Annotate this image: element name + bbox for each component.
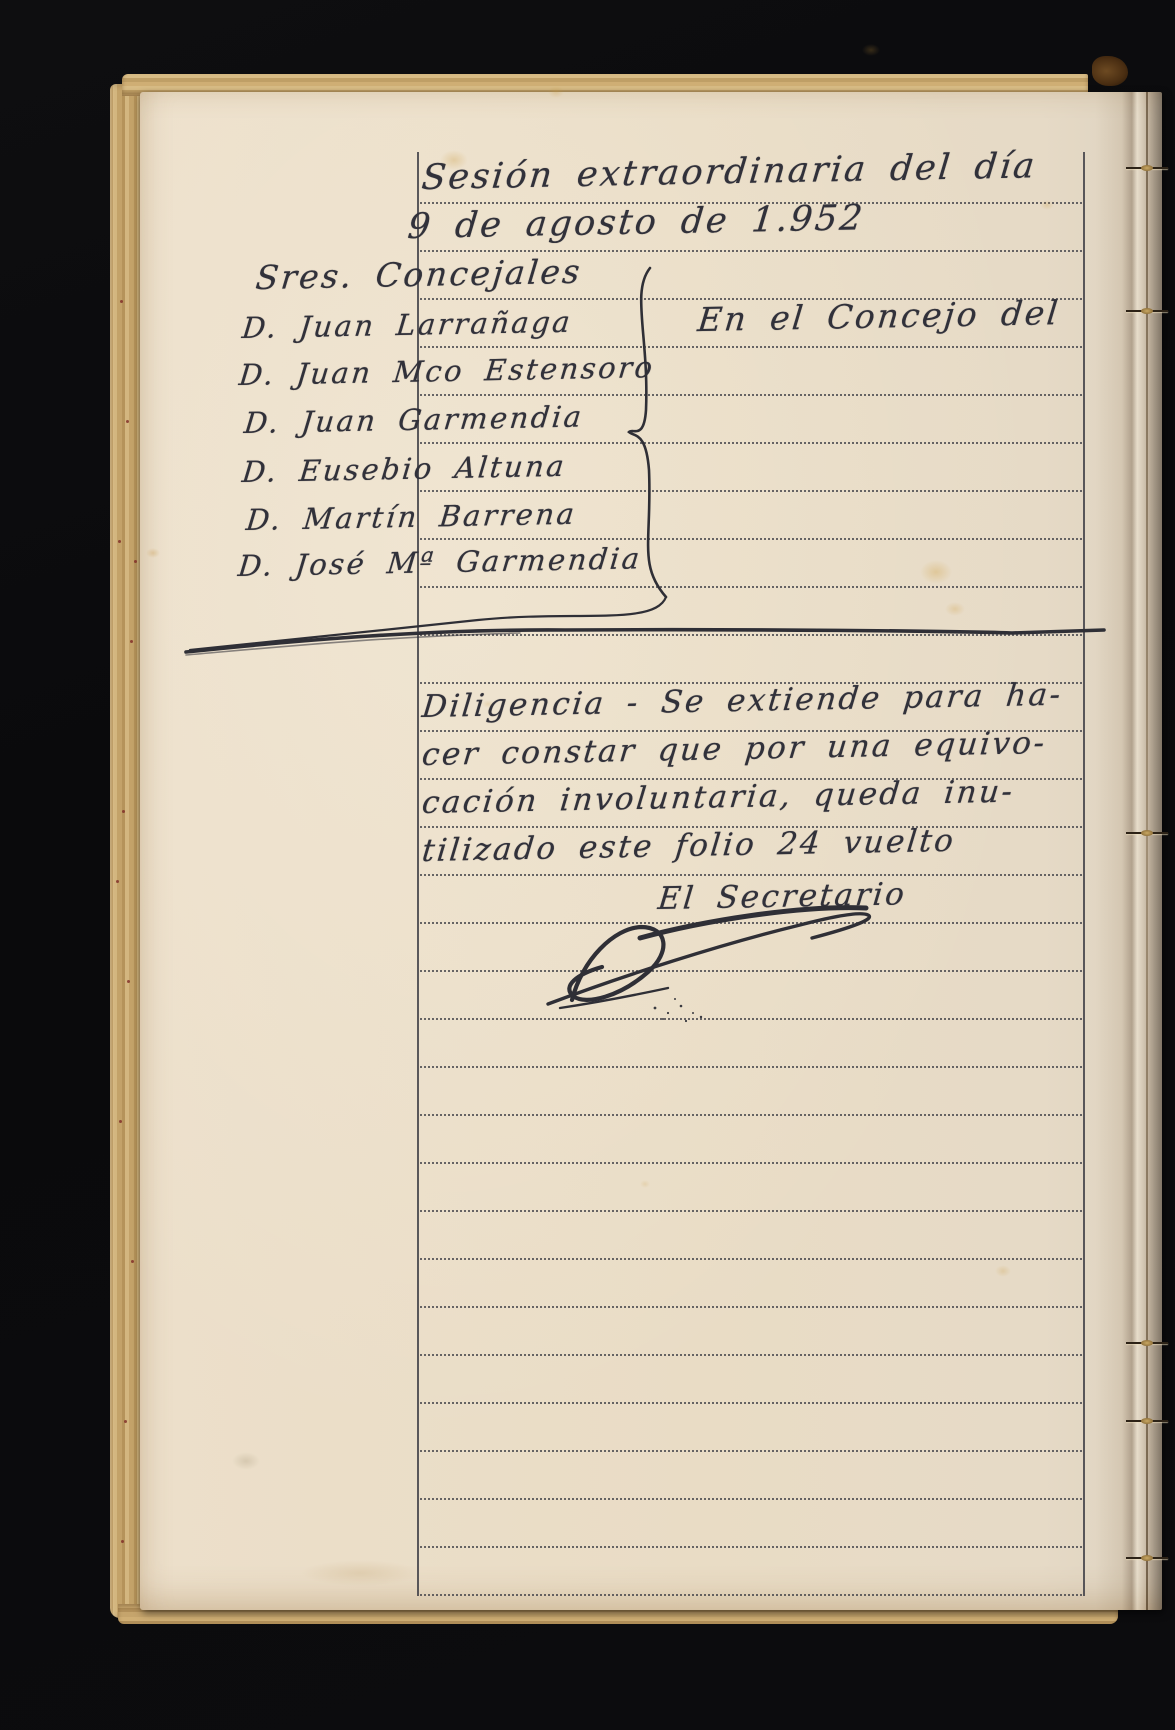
foxing-speck — [134, 560, 137, 563]
binding-stitch — [1126, 165, 1168, 171]
page-edge-stack-left — [110, 84, 144, 1618]
age-stain — [862, 44, 880, 56]
ruled-line — [420, 1114, 1082, 1116]
ruled-line — [420, 1306, 1082, 1308]
foxing-speck — [130, 640, 133, 643]
ruled-line — [420, 1402, 1082, 1404]
ruled-line — [420, 1354, 1082, 1356]
ruled-line — [420, 1066, 1082, 1068]
attendee-name: D. Martín Barrena — [244, 497, 578, 537]
council-note: En el Concejo del — [696, 293, 1062, 339]
attendee-name: D. Eusebio Altuna — [240, 449, 568, 489]
ruled-line — [420, 1450, 1082, 1452]
binding-stitch — [1126, 1418, 1168, 1424]
scanned-minute-book-photo: { "document": { "kind": "handwritten mun… — [0, 0, 1175, 1730]
book-corner — [1092, 56, 1128, 86]
ruled-line — [420, 922, 1082, 924]
binding-stitch — [1126, 1340, 1168, 1346]
foxing-speck — [116, 880, 119, 883]
binding-stitch — [1126, 830, 1168, 836]
foxing-speck — [131, 1260, 134, 1263]
ruled-line — [420, 1162, 1082, 1164]
ruled-line — [420, 394, 1082, 396]
foxing-speck — [121, 1540, 124, 1543]
ruled-line — [420, 1210, 1082, 1212]
ruled-line — [420, 490, 1082, 492]
attendee-name: D. Juan Larrañaga — [240, 305, 573, 345]
secretary-title: El Secretario — [656, 876, 908, 917]
ruled-line — [420, 874, 1082, 876]
ruled-line — [420, 634, 1082, 636]
ruled-line — [420, 1258, 1082, 1260]
foxing-speck — [127, 980, 130, 983]
binding-stitch — [1126, 1555, 1168, 1561]
foxing-speck — [120, 300, 123, 303]
ruled-line — [420, 250, 1082, 252]
attendee-name: D. Juan Garmendia — [242, 399, 585, 440]
foxing-speck — [119, 1120, 122, 1123]
binding-stitch — [1126, 308, 1168, 314]
foxing-speck — [124, 1420, 127, 1423]
ruled-line — [420, 1498, 1082, 1500]
ruled-line — [420, 1018, 1082, 1020]
foxing-speck — [118, 540, 121, 543]
ruled-line — [420, 586, 1082, 588]
foxing-speck — [126, 420, 129, 423]
ruled-line — [420, 1594, 1082, 1596]
foxing-speck — [122, 810, 125, 813]
ruled-line — [420, 970, 1082, 972]
ruled-line — [420, 1546, 1082, 1548]
ruled-line — [420, 538, 1082, 540]
attendees-label: Sres. Concejales — [254, 252, 584, 297]
ruled-line — [420, 346, 1082, 348]
binding-crease — [1146, 92, 1148, 1610]
ruled-line — [420, 442, 1082, 444]
right-margin-rule — [1083, 152, 1085, 1596]
